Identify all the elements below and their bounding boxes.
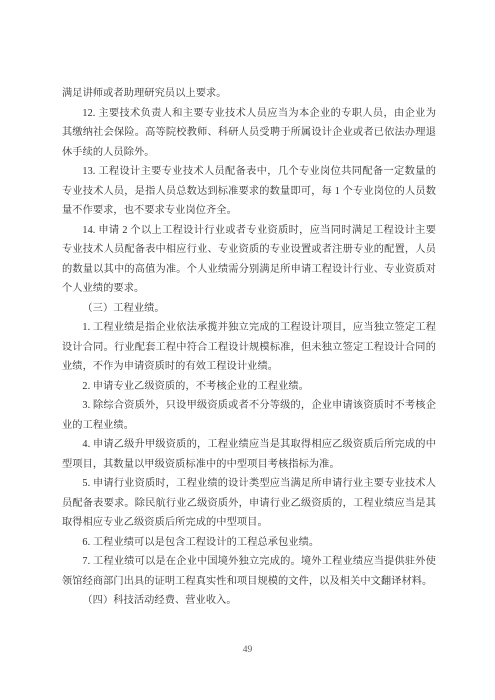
- paragraph: 满足讲师或者助理研究员以上要求。: [62, 84, 436, 104]
- paragraph: 12. 主要技术负责人和主要专业技术人员应当为本企业的专职人员，由企业为其缴纳社…: [62, 104, 436, 163]
- paragraph: 3. 除综合资质外，只设甲级资质或者不分等级的，企业申请该资质时不考核企业的工程…: [62, 396, 436, 435]
- paragraph: 5. 申请行业资质时，工程业绩的设计类型应当满足所申请行业主要专业技术人员配备表…: [62, 474, 436, 533]
- paragraph: 2. 申请专业乙级资质的，不考核企业的工程业绩。: [62, 377, 436, 397]
- document-body: 满足讲师或者助理研究员以上要求。12. 主要技术负责人和主要专业技术人员应当为本…: [62, 84, 436, 611]
- page-number: 49: [0, 645, 495, 655]
- document-page: 满足讲师或者助理研究员以上要求。12. 主要技术负责人和主要专业技术人员应当为本…: [0, 0, 495, 700]
- paragraph: 14. 申请 2 个以上工程设计行业或者专业资质时，应当同时满足工程设计主要专业…: [62, 221, 436, 299]
- paragraph: 7. 工程业绩可以是在企业中国境外独立完成的。境外工程业绩应当提供驻外使领馆经商…: [62, 552, 436, 591]
- paragraph: 4. 申请乙级升甲级资质的，工程业绩应当是其取得相应乙级资质后所完成的中型项目，…: [62, 435, 436, 474]
- paragraph: 13. 工程设计主要专业技术人员配备表中，几个专业岗位共同配备一定数量的专业技术…: [62, 162, 436, 221]
- paragraph: 1. 工程业绩是指企业依法承揽并独立完成的工程设计项目，应当独立签定工程设计合同…: [62, 318, 436, 377]
- paragraph: 6. 工程业绩可以是包含工程设计的工程总承包业绩。: [62, 533, 436, 553]
- paragraph: （三）工程业绩。: [62, 299, 436, 319]
- paragraph: （四）科技活动经费、营业收入。: [62, 591, 436, 611]
